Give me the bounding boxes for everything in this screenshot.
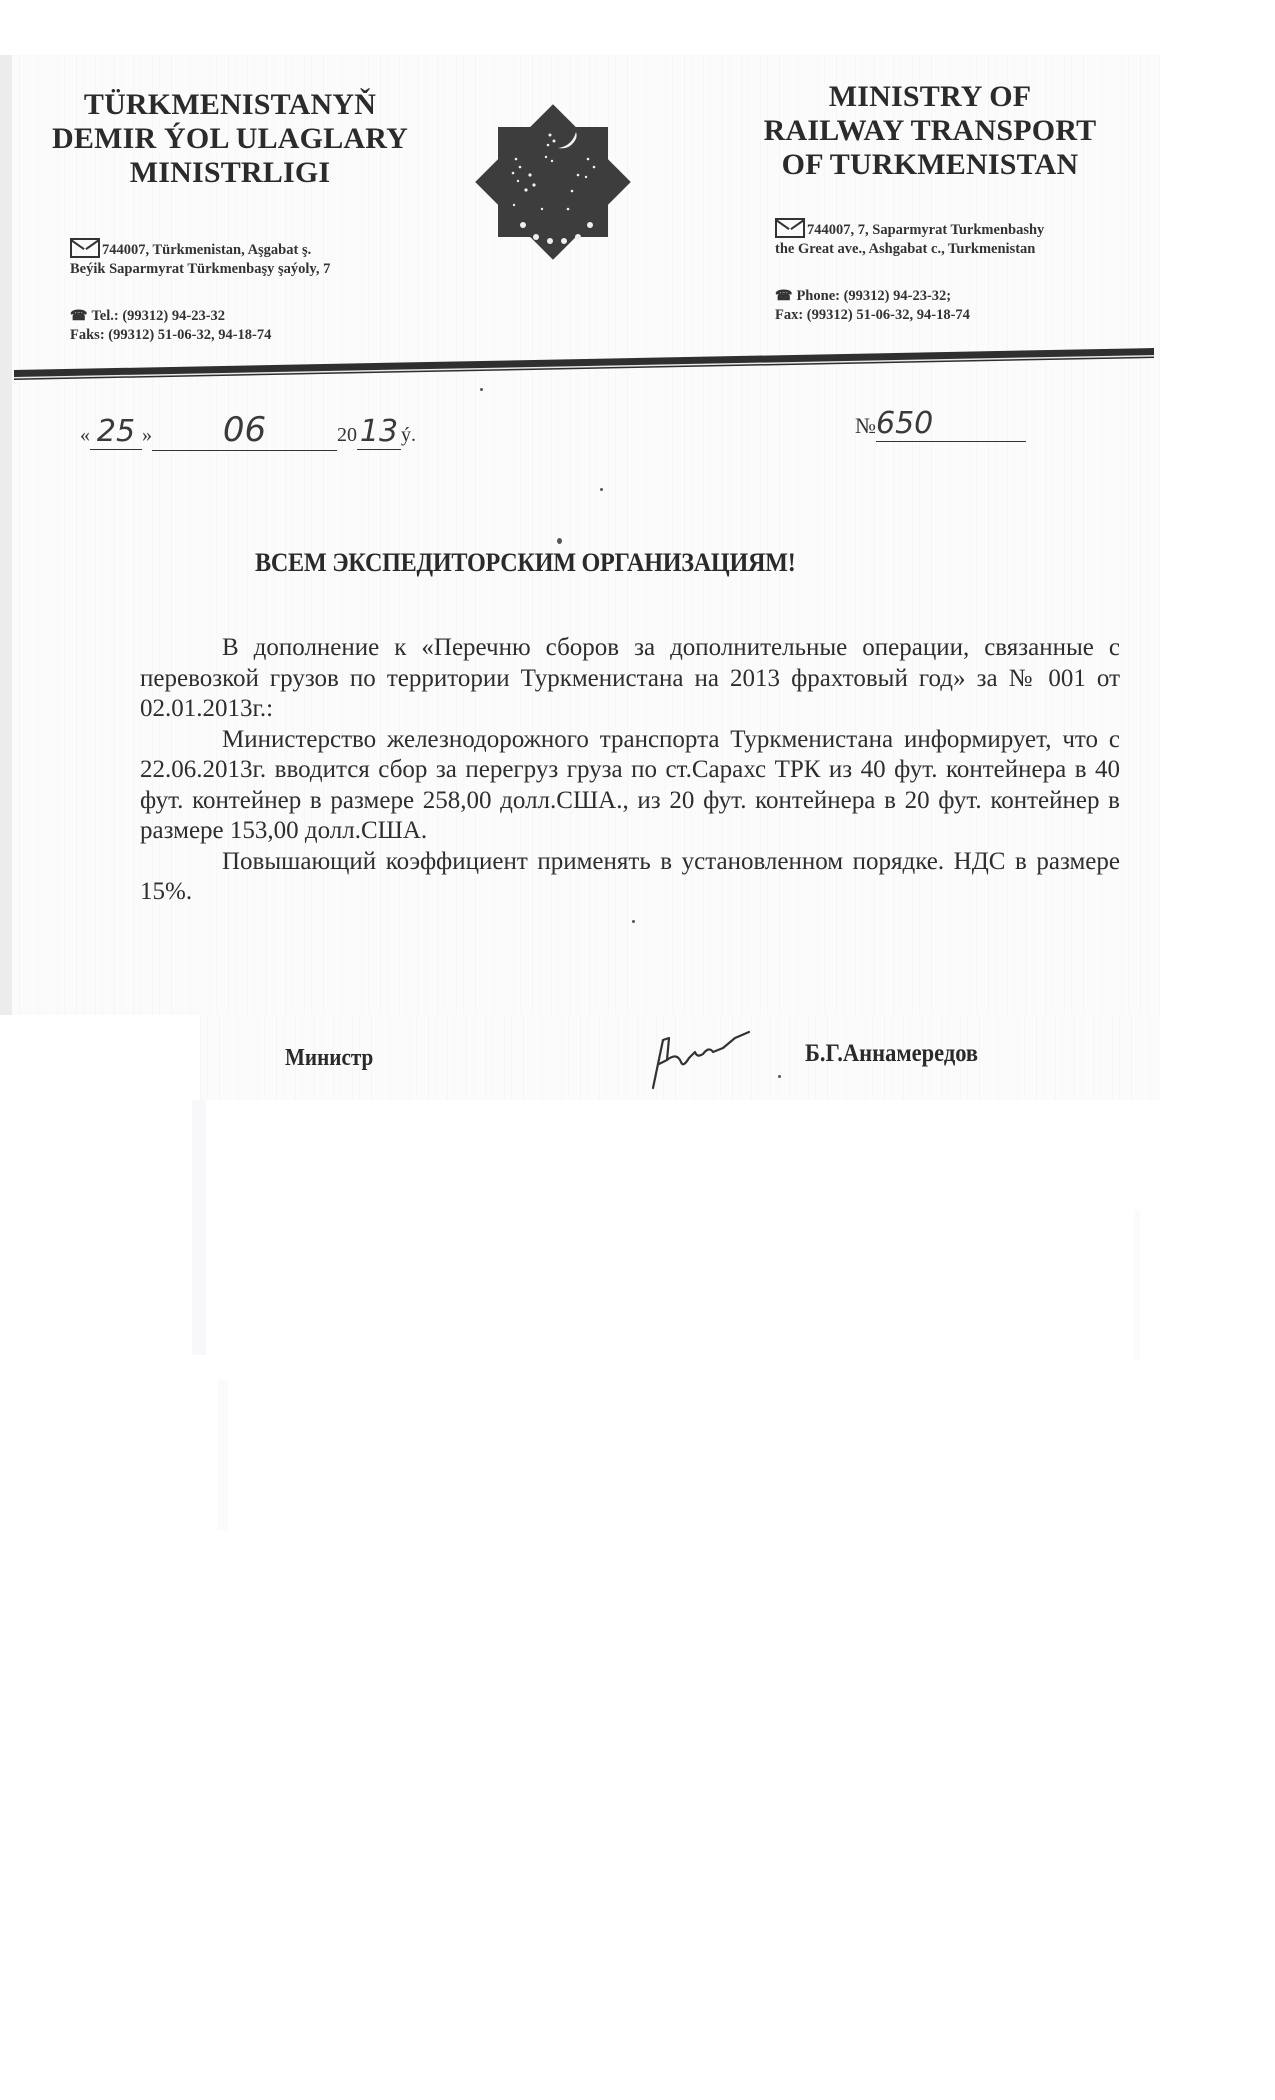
envelope-icon [70, 238, 100, 258]
document-date: «25»062013ý. [80, 410, 416, 451]
letterhead-right-address: 744007, 7, Saparmyrat Turkmenbashy the G… [775, 218, 1044, 259]
letterhead-left-address: 744007, Türkmenistan, Aşgabat ş. Beýik S… [70, 238, 330, 279]
date-day: 25 [90, 414, 142, 450]
date-year-suffix: 13 [357, 414, 401, 450]
handwritten-signature [645, 1030, 755, 1090]
title-line: MINISTRY OF [730, 80, 1130, 114]
address-line: Beýik Saparmyrat Türkmenbaşy şaýoly, 7 [70, 260, 330, 279]
envelope-icon [775, 218, 805, 238]
date-month: 06 [152, 410, 337, 451]
signatory-name: Б.Г.Аннамередов [805, 1040, 978, 1068]
emblem-icon [468, 97, 638, 267]
paragraph: Повышающий коэффициент применять в устан… [140, 847, 1120, 908]
letterhead-right-title: MINISTRY OF RAILWAY TRANSPORT OF TURKMEN… [730, 80, 1130, 182]
scan-edge-shadow [0, 55, 12, 1015]
address-line: 744007, 7, Saparmyrat Turkmenbashy [807, 222, 1044, 238]
title-line: TÜRKMENISTANYŇ [30, 88, 430, 122]
letterhead-left-title: TÜRKMENISTANYŇ DEMIR ÝOL ULAGLARY MINIST… [30, 88, 430, 190]
scan-speck [632, 920, 635, 923]
phone-line: Tel.: (99312) 94-23-32 [91, 308, 225, 324]
telephone-icon: ☎ [775, 289, 792, 304]
letterhead-left-phones: ☎Tel.: (99312) 94-23-32 Faks: (99312) 51… [70, 307, 271, 345]
quote: » [142, 424, 152, 446]
letterhead-divider [14, 346, 1154, 382]
quote: « [80, 424, 90, 446]
address-line: the Great ave., Ashgabat c., Turkmenista… [775, 240, 1044, 259]
scan-artifact [192, 1100, 206, 1355]
number-value: 650 [876, 406, 1026, 442]
fax-line: Faks: (99312) 51-06-32, 94-18-74 [70, 326, 271, 345]
title-line: OF TURKMENISTAN [730, 148, 1130, 182]
title-line: RAILWAY TRANSPORT [730, 114, 1130, 148]
scan-speck [778, 1075, 781, 1078]
telephone-icon: ☎ [70, 309, 87, 324]
fax-line: Fax: (99312) 51-06-32, 94-18-74 [775, 306, 970, 325]
document-heading: ВСЕМ ЭКСПЕДИТОРСКИМ ОРГАНИЗАЦИЯМ! [255, 548, 795, 578]
document-number: №650 [855, 406, 1026, 442]
number-label: № [855, 413, 876, 438]
title-line: MINISTRLIGI [30, 156, 430, 190]
letterhead-right-phones: ☎Phone: (99312) 94-23-32; Fax: (99312) 5… [775, 287, 970, 325]
paragraph: В дополнение к «Перечню сборов за дополн… [140, 633, 1120, 725]
scan-speck [480, 388, 483, 391]
scan-speck [600, 488, 603, 491]
date-year-marker: ý. [401, 424, 416, 446]
document-body: В дополнение к «Перечню сборов за дополн… [140, 633, 1120, 908]
scan-speck [557, 538, 562, 544]
paragraph: Министерство железнодорожного транспорта… [140, 725, 1120, 847]
scan-artifact [218, 1380, 228, 1530]
address-line: 744007, Türkmenistan, Aşgabat ş. [102, 242, 311, 258]
scan-artifact [1134, 1210, 1140, 1360]
date-year-prefix: 20 [337, 424, 357, 446]
signatory-role: Министр [285, 1045, 373, 1072]
phone-line: Phone: (99312) 94-23-32; [796, 288, 951, 304]
title-line: DEMIR ÝOL ULAGLARY [30, 122, 430, 156]
